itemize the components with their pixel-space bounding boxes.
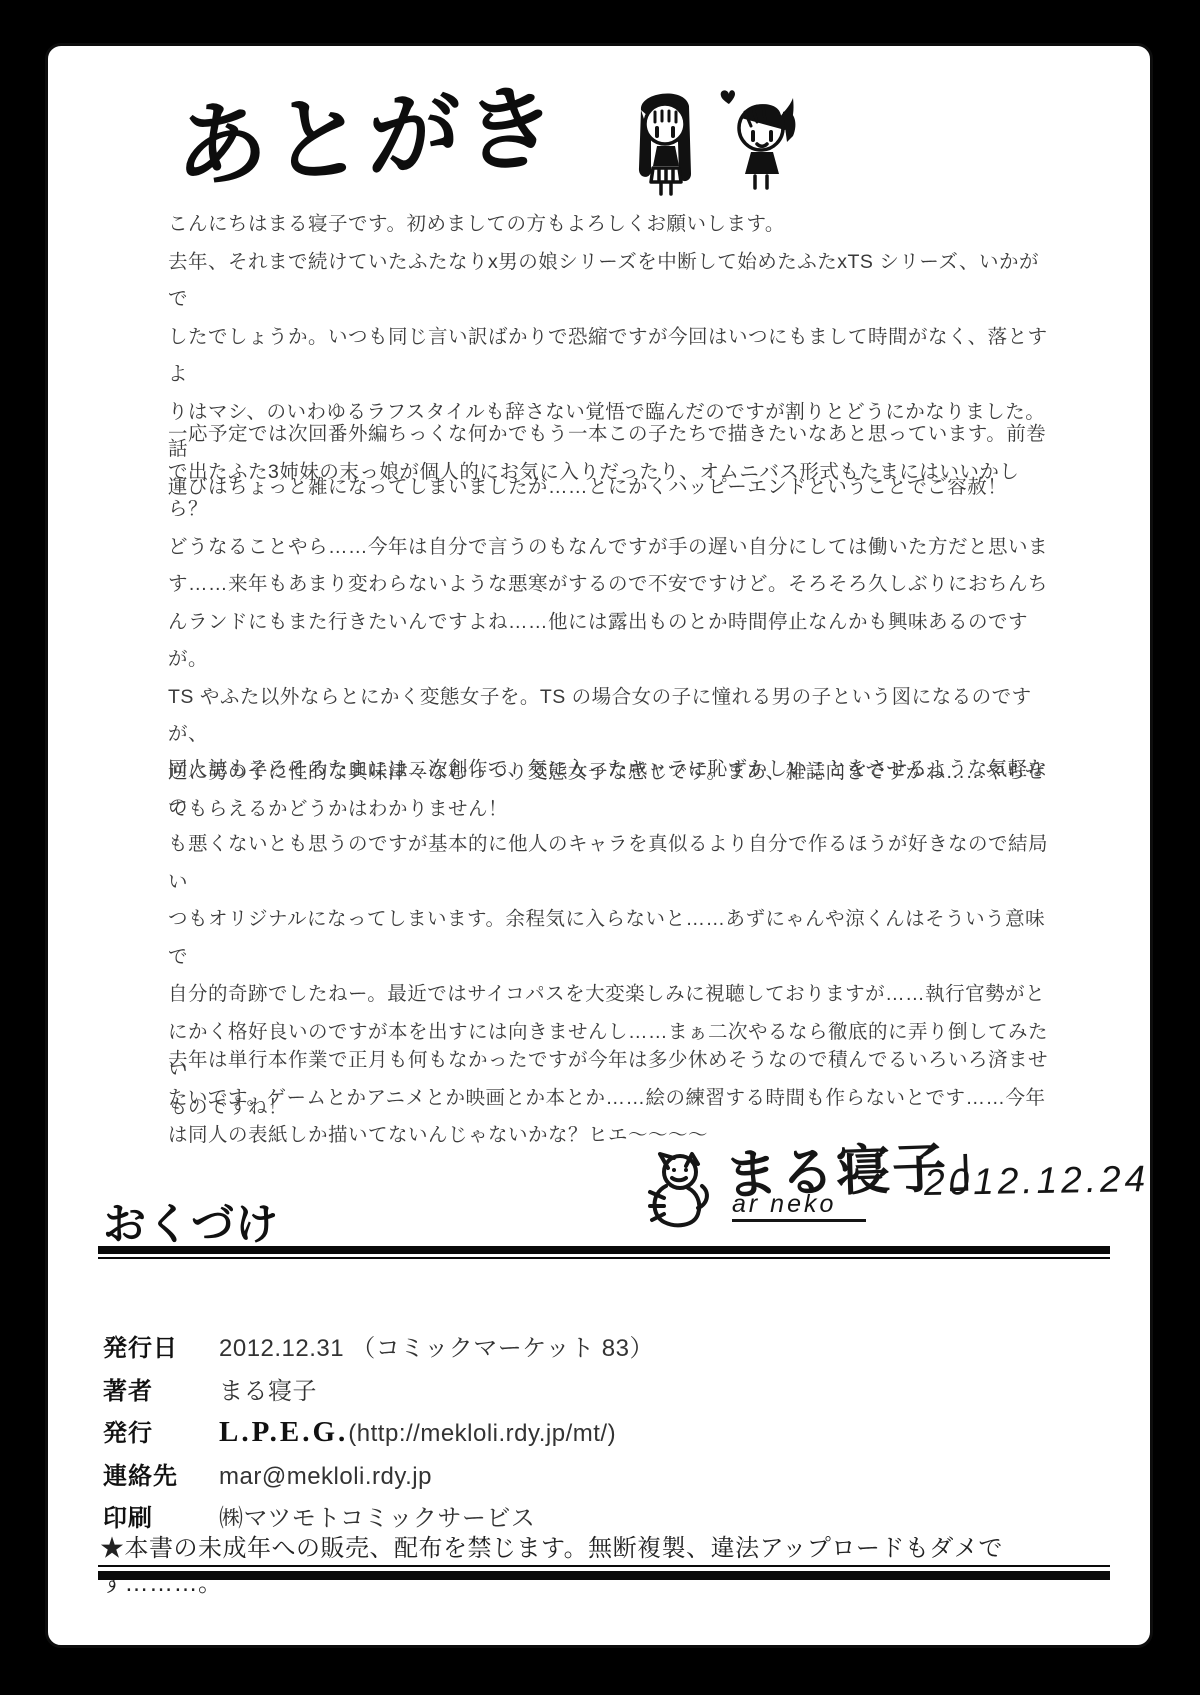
- signature-romaji: ar neko: [732, 1190, 866, 1222]
- colophon-label: 発行日: [103, 1328, 219, 1363]
- colophon-heading: おくづけ: [103, 1191, 279, 1252]
- heart-icon: [721, 90, 735, 104]
- colophon-row-publisher: 発行L.P.E.G.(http://mekloli.rdy.jp/mt/): [103, 1413, 1053, 1447]
- colophon-label: 連絡先: [103, 1456, 219, 1491]
- cat-doodle-icon: [646, 1146, 724, 1230]
- contact-email: mar@mekloli.rdy.jp: [219, 1463, 432, 1490]
- colophon-bottom-rule: [98, 1565, 1110, 1580]
- colophon-label: 著者: [103, 1371, 219, 1406]
- chibi-ponytail-girl: [739, 98, 795, 188]
- colophon-top-rule: [98, 1246, 1110, 1259]
- colophon-value: まる寝子: [219, 1378, 317, 1405]
- colophon-row-publication-date: 発行日2012.12.31 （コミックマーケット 83）: [103, 1328, 1053, 1362]
- colophon-value: 2012.12.31 （コミックマーケット 83）: [219, 1335, 654, 1362]
- chibi-characters-doodle: [623, 82, 803, 217]
- colophon-label: 発行: [103, 1413, 219, 1448]
- publisher-url: (http://mekloli.rdy.jp/mt/): [348, 1420, 616, 1447]
- chibi-longhair-girl: [639, 94, 691, 194]
- signature-date: 2012.12.24: [924, 1158, 1150, 1204]
- page-title: あとがき: [175, 54, 561, 206]
- afterword-page: あとがき: [45, 43, 1153, 1648]
- colophon-row-contact: 連絡先mar@mekloli.rdy.jp: [103, 1456, 1053, 1490]
- publisher-brand: L.P.E.G.: [219, 1416, 348, 1448]
- age-restriction-notice: ★本書の未成年への販売、配布を禁じます。無断複製、違法アップロードもダメです………: [100, 1528, 1100, 1598]
- colophon-row-author: 著者まる寝子: [103, 1371, 1053, 1405]
- colophon-row-printer: 印刷㈱マツモトコミックサービス: [103, 1498, 1053, 1532]
- scan-background: { "page": { "title": "あとがき" }, "afterwor…: [0, 0, 1200, 1695]
